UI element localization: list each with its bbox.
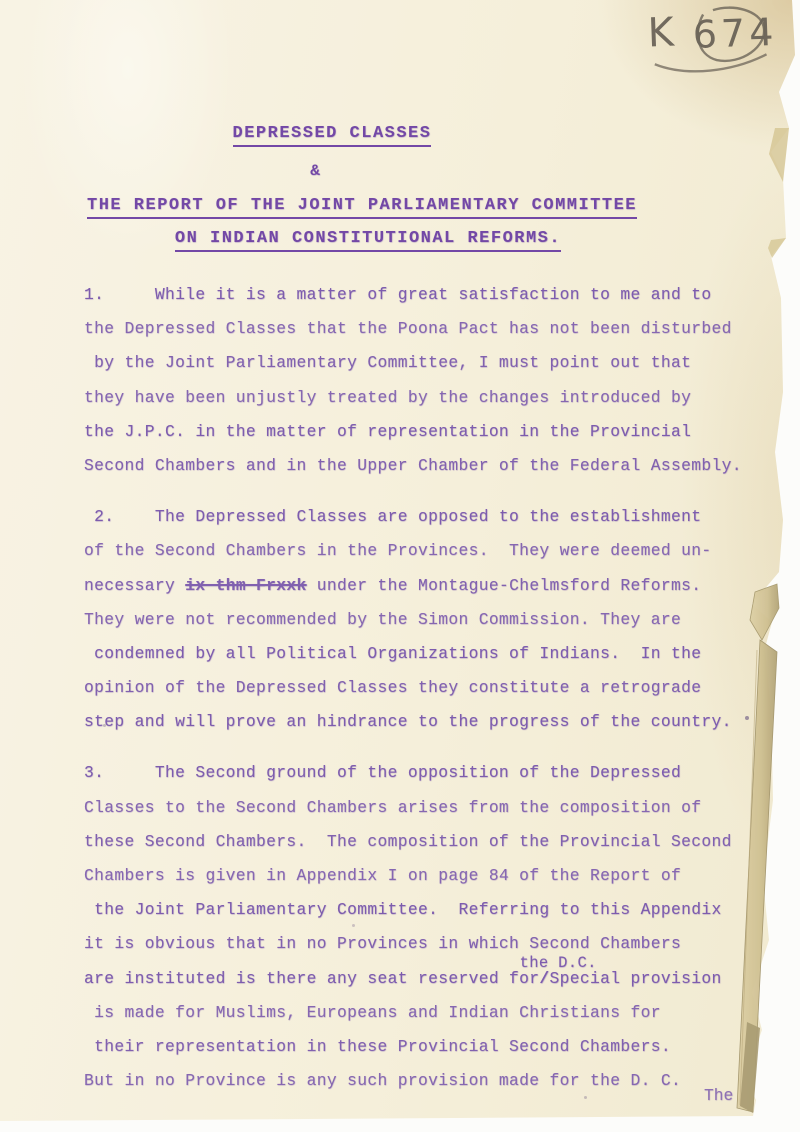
text-line: 3. The Second ground of the opposition o… [84,756,774,790]
ink-speck [745,716,749,720]
interline-insertion: the D.C. [520,946,597,980]
title-line-3: ON INDIAN CONSTITUTIONAL REFORMS. [175,229,561,252]
text-line: of the Second Chambers in the Provinces.… [84,534,774,568]
title-ampersand: & [0,162,685,180]
text-segment: are instituted is there any seat reserve… [84,969,539,988]
text-segment: necessary [84,576,185,595]
text-line: their representation in these Provincial… [84,1030,774,1064]
paragraph: 2. The Depressed Classes are opposed to … [84,500,774,739]
document-body: 1. While it is a matter of great satisfa… [84,278,774,1115]
text-line: opinion of the Depressed Classes they co… [84,671,774,705]
text-line: it is obvious that in no Provinces in wh… [84,927,774,961]
catchword: The [704,1086,733,1105]
text-line: But in no Province is any such provision… [84,1064,774,1098]
text-line: Second Chambers and in the Upper Chamber… [84,449,774,483]
text-line: 2. The Depressed Classes are opposed to … [84,500,774,534]
text-line: the J.P.C. in the matter of representati… [84,415,774,449]
text-segment: under the Montague-Chelmsford Reforms. [307,576,702,595]
pencil-circle-stroke [637,0,800,83]
paragraph: 1. While it is a matter of great satisfa… [84,278,774,483]
text-line: necessary ix thm Frxxk under the Montagu… [84,569,774,603]
text-segment: Special provisionthe D.C. [550,969,722,988]
text-line: the Depressed Classes that the Poona Pac… [84,312,774,346]
ink-speck [103,724,106,727]
text-segment: ix thm Frxxk [185,576,306,595]
text-line: Chambers is given in Appendix I on page … [84,859,774,893]
text-line: condemned by all Political Organizations… [84,637,774,671]
paragraph: 3. The Second ground of the opposition o… [84,756,774,1098]
text-line: 1. While it is a matter of great satisfa… [84,278,774,312]
document-title: DEPRESSED CLASSES & THE REPORT OF THE JO… [0,124,740,252]
text-line: are instituted is there any seat reserve… [84,962,774,996]
text-line: they have been unjustly treated by the c… [84,381,774,415]
text-line: They were not recommended by the Simon C… [84,603,774,637]
text-line: step and will prove an hindrance to the … [84,705,774,739]
ink-speck [352,924,355,927]
text-line: Classes to the Second Chambers arises fr… [84,791,774,825]
title-line-1: DEPRESSED CLASSES [233,124,432,147]
catalog-mark: K 674 [637,0,800,83]
text-line: these Second Chambers. The composition o… [84,825,774,859]
text-line: by the Joint Parliamentary Committee, I … [84,346,774,380]
ink-speck [584,1096,587,1099]
text-line: the Joint Parliamentary Committee. Refer… [84,893,774,927]
text-line: is made for Muslims, Europeans and India… [84,996,774,1030]
title-line-2: THE REPORT OF THE JOINT PARLIAMENTARY CO… [87,196,637,219]
